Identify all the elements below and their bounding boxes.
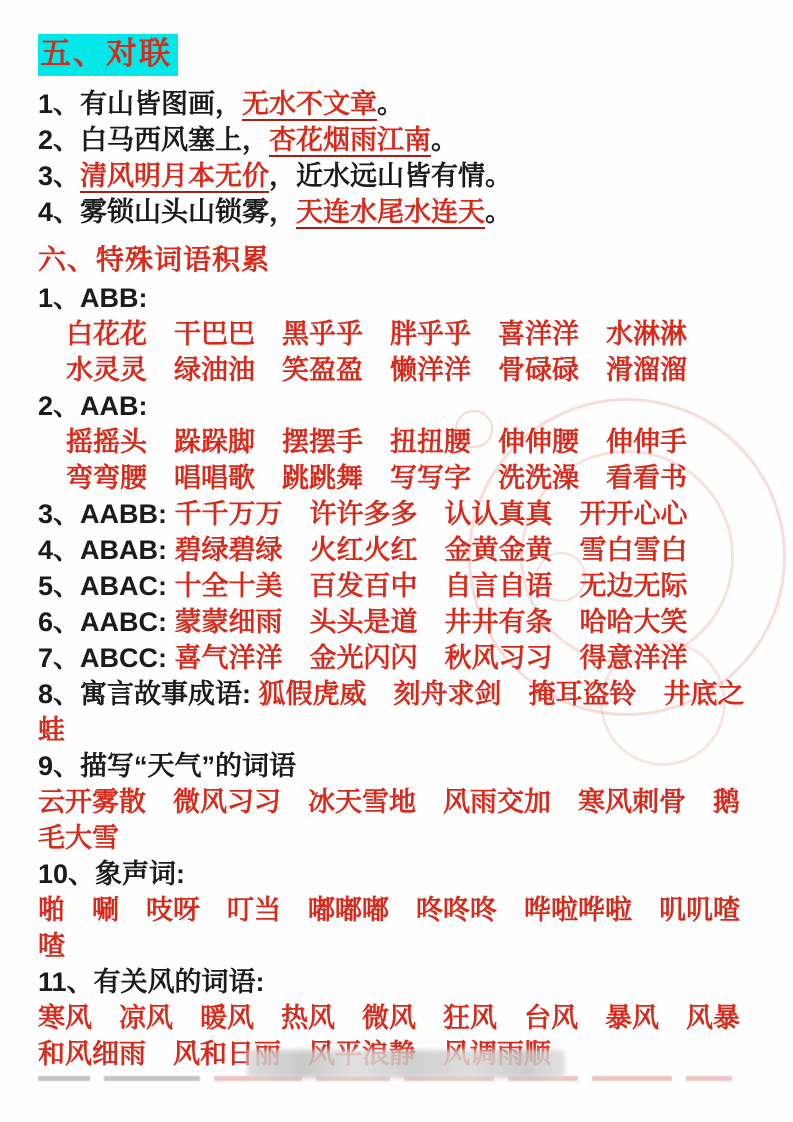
section-couplets: 五、对联 1、有山皆图画，无水不文章。 2、白马西风塞上，杏花烟雨江南。 3、清… — [38, 34, 755, 230]
pattern-label: 7、ABCC: — [38, 643, 175, 673]
couplet-line: 2、白马西风塞上，杏花烟雨江南。 — [38, 122, 755, 158]
couplet-text: 。 — [377, 89, 404, 119]
couplet-text: 4、雾锁山头山锁雾， — [38, 197, 296, 227]
block-item-weather: 9、描写“天气”的词语 云开雾散 微风习习 冰天雪地 风雨交加 寒风刺骨 鹅毛大… — [38, 748, 755, 856]
word-row-aab-2: 弯弯腰 唱唱歌 跳跳舞 写写字 洗洗澡 看看书 — [38, 460, 755, 496]
section-words-title: 六、特殊词语积累 — [38, 240, 755, 280]
block-label: 11、有关风的词语: — [38, 964, 755, 1000]
study-sheet-page: 五、对联 1、有山皆图画，无水不文章。 2、白马西风塞上，杏花烟雨江南。 3、清… — [0, 0, 793, 1122]
pattern-label: 8、寓言故事成语: — [38, 679, 259, 709]
pattern-label-aab: 2、AAB: — [38, 388, 755, 424]
couplet-underlined-phrase: 杏花烟雨江南 — [269, 125, 431, 157]
pattern-label: 6、AABC: — [38, 607, 175, 637]
pattern-words: 千千万万 许许多多 认认真真 开开心心 — [175, 499, 688, 529]
couplet-text: 2、白马西风塞上， — [38, 125, 269, 155]
block-words: 啪 唰 吱呀 叮当 嘟嘟嘟 咚咚咚 哗啦哗啦 叽叽喳喳 — [38, 892, 755, 964]
cutoff-fragment — [104, 1076, 200, 1081]
couplet-underlined-phrase: 天连水尾水连天 — [296, 197, 485, 229]
block-label: 10、象声词: — [38, 856, 755, 892]
section-couplets-title: 五、对联 — [38, 34, 178, 76]
couplet-text: 1、有山皆图画， — [38, 89, 242, 119]
cutoff-fragment — [38, 1076, 90, 1081]
word-row-abb-1: 白花花 干巴巴 黑乎乎 胖乎乎 喜洋洋 水淋淋 — [38, 316, 755, 352]
pattern-item-fable-idioms: 8、寓言故事成语: 狐假虎威 刻舟求剑 掩耳盗铃 井底之蛙 — [38, 676, 755, 748]
pattern-item-aabc: 6、AABC: 蒙蒙细雨 头头是道 井井有条 哈哈大笑 — [38, 604, 755, 640]
couplet-line: 1、有山皆图画，无水不文章。 — [38, 86, 755, 122]
pattern-item-abac: 5、ABAC: 十全十美 百发百中 自言自语 无边无际 — [38, 568, 755, 604]
couplet-text: ，近水远山皆有情。 — [269, 161, 512, 191]
pattern-words: 喜气洋洋 金光闪闪 秋风习习 得意洋洋 — [175, 643, 688, 673]
pattern-words: 蒙蒙细雨 头头是道 井井有条 哈哈大笑 — [175, 607, 688, 637]
block-label: 9、描写“天气”的词语 — [38, 748, 755, 784]
couplet-line: 4、雾锁山头山锁雾，天连水尾水连天。 — [38, 194, 755, 230]
pattern-label: 3、AABB: — [38, 499, 175, 529]
word-row-aab-1: 摇摇头 跺跺脚 摆摆手 扭扭腰 伸伸腰 伸伸手 — [38, 424, 755, 460]
blurred-watermark-strip — [247, 1050, 565, 1078]
pattern-label-abb: 1、ABB: — [38, 280, 755, 316]
pattern-words: 碧绿碧绿 火红火红 金黄金黄 雪白雪白 — [175, 535, 688, 565]
pattern-item-abab: 4、ABAB: 碧绿碧绿 火红火红 金黄金黄 雪白雪白 — [38, 532, 755, 568]
document-content: 五、对联 1、有山皆图画，无水不文章。 2、白马西风塞上，杏花烟雨江南。 3、清… — [0, 0, 793, 1088]
cutoff-fragment — [686, 1076, 732, 1081]
cutoff-fragment — [592, 1076, 672, 1081]
couplet-text: 。 — [485, 197, 512, 227]
couplet-line: 3、清风明月本无价，近水远山皆有情。 — [38, 158, 755, 194]
pattern-words: 十全十美 百发百中 自言自语 无边无际 — [175, 571, 688, 601]
block-item-onomatopoeia: 10、象声词: 啪 唰 吱呀 叮当 嘟嘟嘟 咚咚咚 哗啦哗啦 叽叽喳喳 — [38, 856, 755, 964]
pattern-label: 4、ABAB: — [38, 535, 175, 565]
pattern-label: 5、ABAC: — [38, 571, 175, 601]
word-row-abb-2: 水灵灵 绿油油 笑盈盈 懒洋洋 骨碌碌 滑溜溜 — [38, 352, 755, 388]
block-words: 云开雾散 微风习习 冰天雪地 风雨交加 寒风刺骨 鹅毛大雪 — [38, 784, 755, 856]
couplet-underlined-phrase: 清风明月本无价 — [80, 161, 269, 193]
section-special-words: 六、特殊词语积累 1、ABB: 白花花 干巴巴 黑乎乎 胖乎乎 喜洋洋 水淋淋 … — [38, 240, 755, 1072]
pattern-item-aabb: 3、AABB: 千千万万 许许多多 认认真真 开开心心 — [38, 496, 755, 532]
couplet-text: 。 — [431, 125, 458, 155]
couplet-underlined-phrase: 无水不文章 — [242, 89, 377, 121]
couplet-text: 3、 — [38, 161, 80, 191]
pattern-item-abcc: 7、ABCC: 喜气洋洋 金光闪闪 秋风习习 得意洋洋 — [38, 640, 755, 676]
